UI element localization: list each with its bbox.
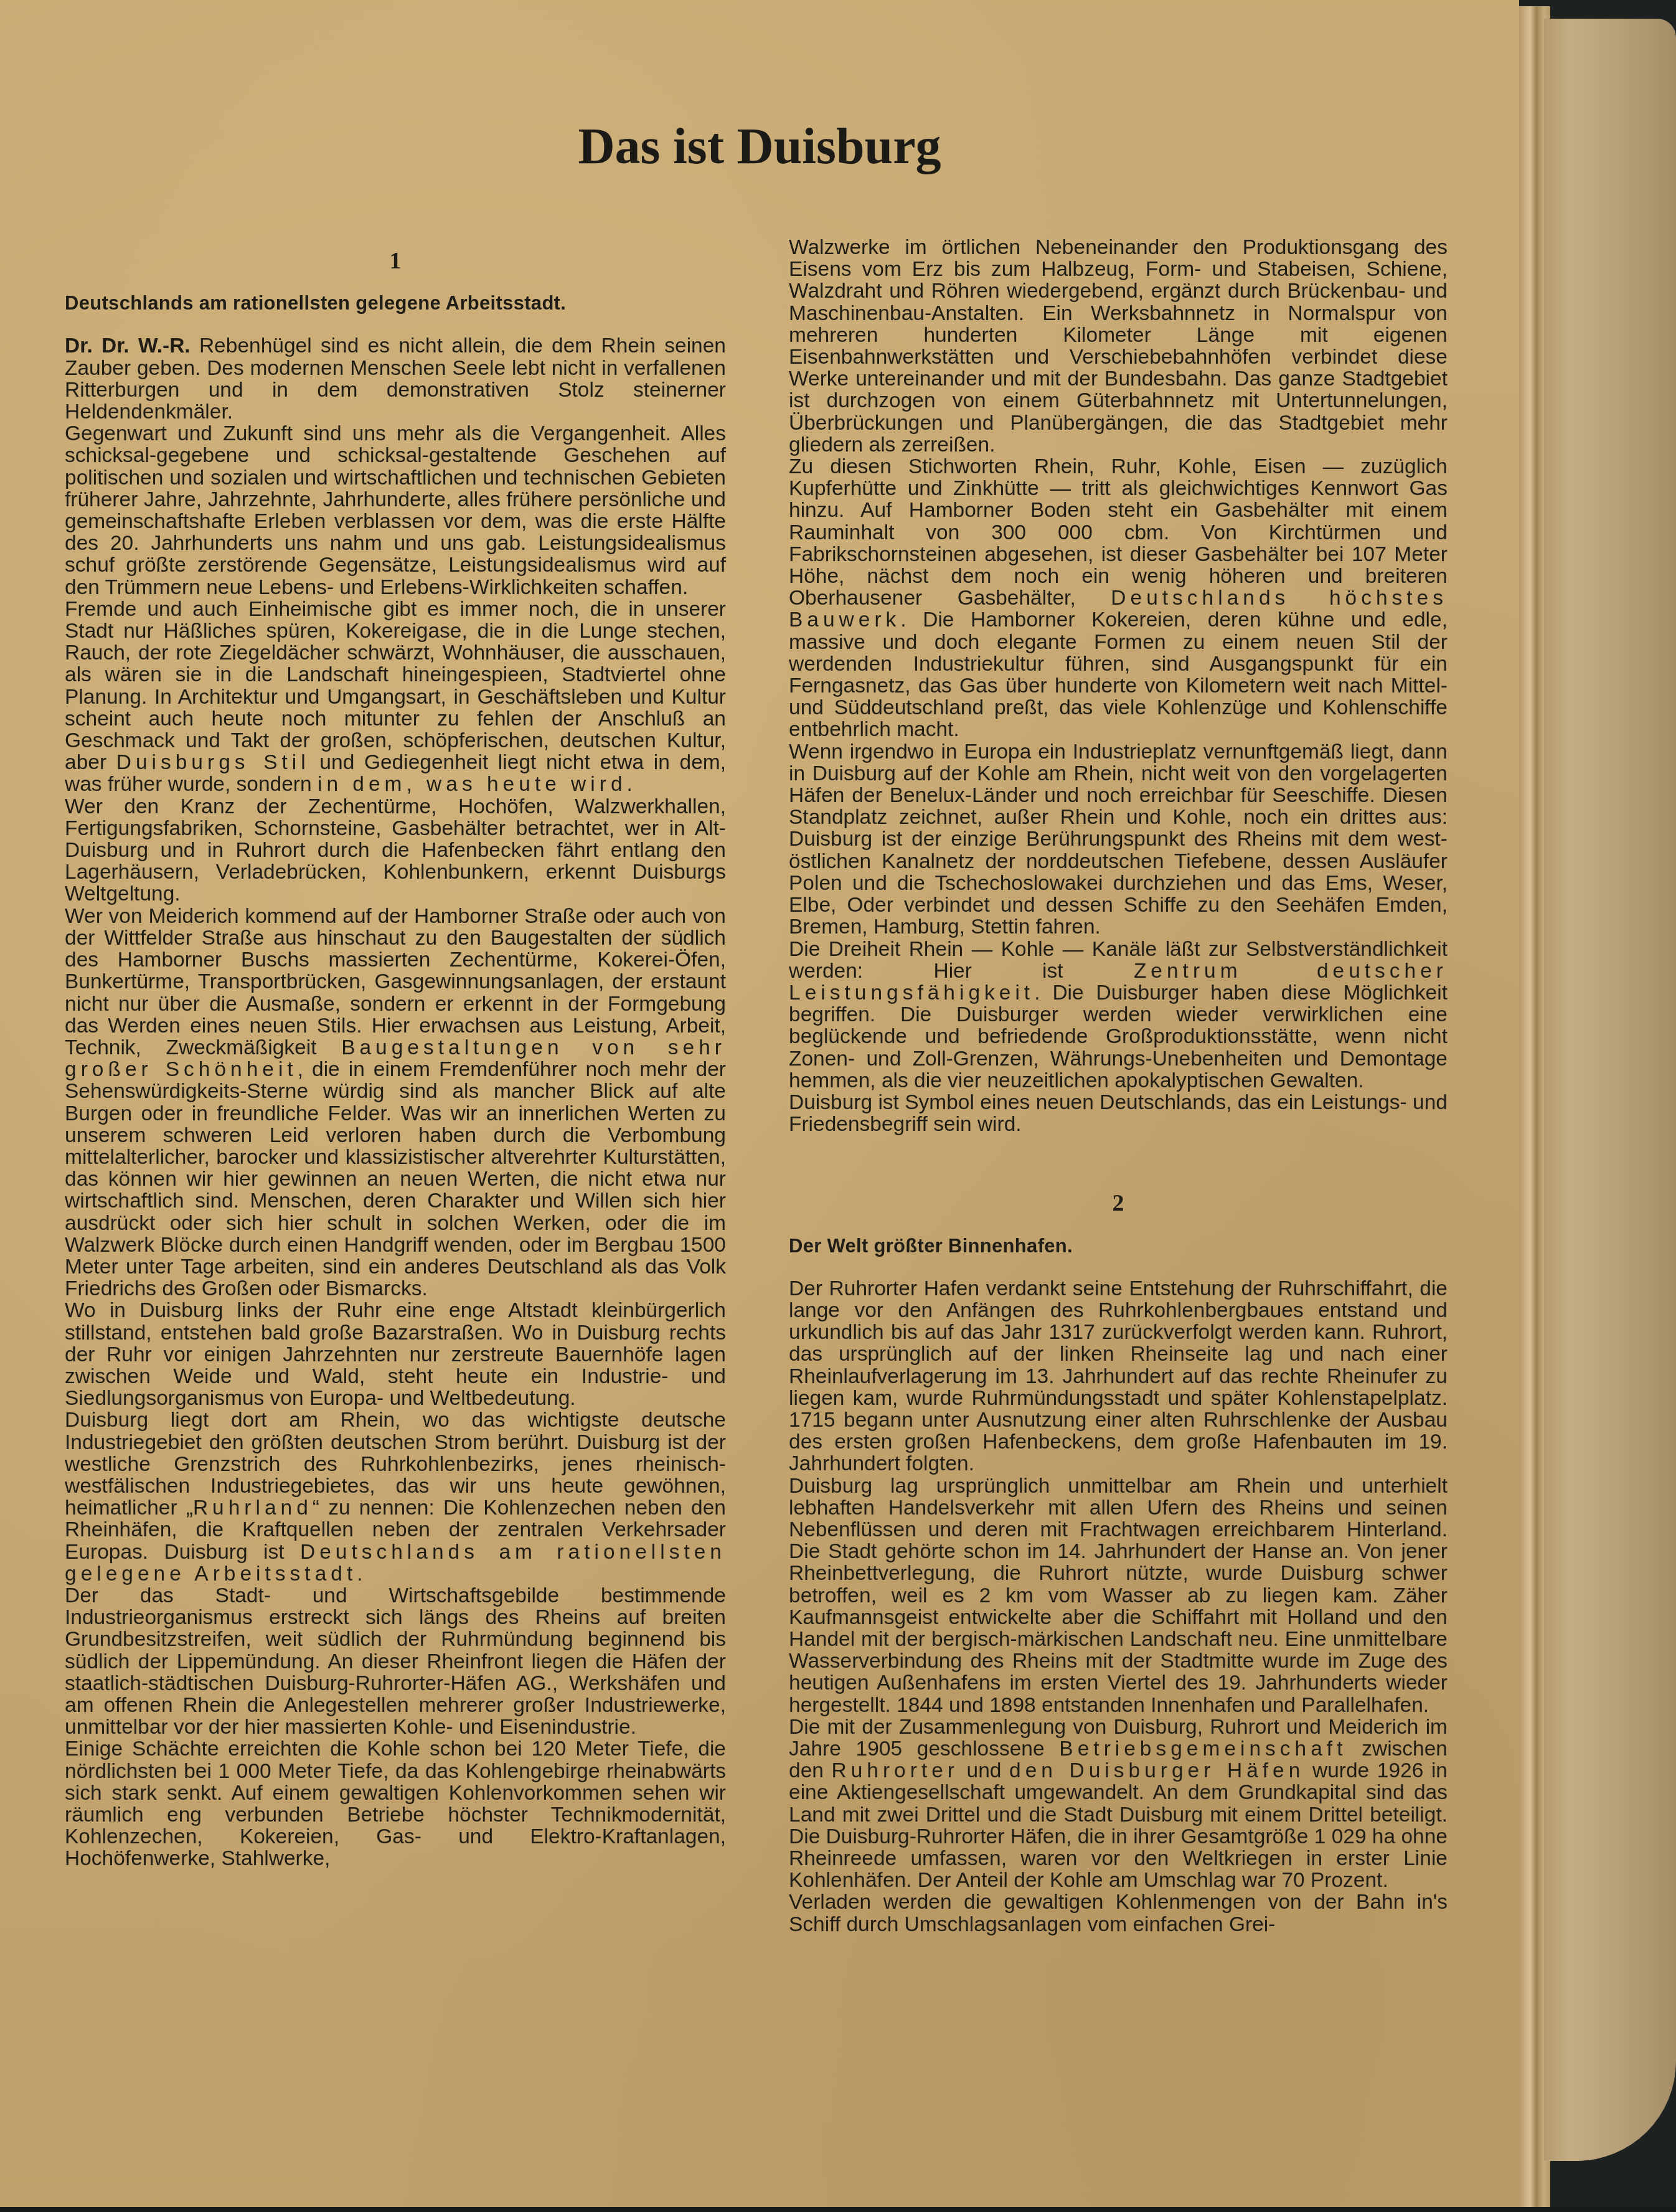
text-run: Walzwerke im örtlichen Nebeneinander den… (789, 236, 1448, 456)
text-run: Fremde und auch Einheimische gibt es imm… (65, 598, 726, 774)
text-run: Wo in Duisburg links der Ruhr eine enge … (65, 1299, 726, 1410)
paragraph: Fremde und auch Einheimische gibt es imm… (65, 598, 726, 796)
paragraph: Der Ruhrorter Hafen verdankt seine Entst… (789, 1278, 1448, 1475)
section-number: 2 (789, 1193, 1448, 1214)
text-run: Duisburg ist Symbol eines neuen Deutschl… (789, 1091, 1448, 1136)
right-column: Walzwerke im örtlichen Nebeneinander den… (789, 237, 1448, 1935)
paragraph: Zu diesen Stichworten Rhein, Ruhr, Kohle… (789, 456, 1448, 741)
section-body-continued: Walzwerke im örtlichen Nebeneinander den… (789, 237, 1448, 1135)
text-run: Der Ruhrorter Hafen verdankt seine Entst… (789, 1277, 1448, 1476)
page-title: Das ist Duisburg (0, 117, 1519, 176)
book-page-stack-edge (1544, 19, 1676, 2161)
section-heading: Der Welt größter Binnenhafen. (789, 1235, 1448, 1257)
paragraph: Duisburg ist Symbol eines neuen Deutschl… (789, 1092, 1448, 1135)
text-run: , die in einem Fremdenführer noch mehr d… (65, 1058, 726, 1300)
emphasized-text: Ruhrland (193, 1496, 313, 1520)
paragraph: Die mit der Zusammenlegung von Duisburg,… (789, 1716, 1448, 1892)
paragraph: Walzwerke im örtlichen Nebeneinander den… (789, 237, 1448, 456)
emphasized-text: den Duisburger Häfen (1009, 1759, 1304, 1782)
paragraph: Wenn irgendwo in Europa ein Industriepla… (789, 741, 1448, 938)
left-column: 1 Deutschlands am rationellsten gelegene… (65, 237, 726, 1870)
text-run: und (959, 1759, 1009, 1782)
emphasized-text: Duisburgs Stil (116, 751, 310, 774)
section-spacer (789, 1135, 1448, 1179)
text-run: Verladen werden die gewaltigen Kohlenmen… (789, 1891, 1448, 1935)
text-run: Duisburg lag ursprünglich unmittelbar am… (789, 1475, 1448, 1717)
emphasized-text: Ruhrorter (831, 1759, 959, 1782)
author-byline: Dr. Dr. W.-R. (65, 334, 191, 357)
paragraph: Gegenwart und Zukunft sind uns mehr als … (65, 423, 726, 598)
section-number: 1 (65, 250, 726, 272)
text-run: Wenn irgendwo in Europa ein Industriepla… (789, 740, 1448, 939)
emphasized-text: Betriebsgemeinschaft (1059, 1737, 1347, 1761)
paragraph: Duisburg lag ursprünglich unmittelbar am… (789, 1475, 1448, 1716)
section-heading: Deutschlands am rationellsten gelegene A… (65, 292, 726, 314)
paragraph: Verladen werden die gewaltigen Kohlenmen… (789, 1891, 1448, 1935)
section-body: Der Ruhrorter Hafen verdankt seine Entst… (789, 1278, 1448, 1935)
paragraph: Wo in Duisburg links der Ruhr eine enge … (65, 1300, 726, 1409)
emphasized-text: in dem, was heute wird. (318, 773, 637, 796)
text-run: Einige Schächte erreichten die Kohle sch… (65, 1737, 726, 1870)
paragraph: Wer von Meiderich kommend auf der Hambor… (65, 905, 726, 1300)
paragraph: Einige Schächte erreichten die Kohle sch… (65, 1738, 726, 1869)
paragraph: Wer den Kranz der Zechentürme, Hochöfen,… (65, 796, 726, 905)
paragraph: Die Dreiheit Rhein — Kohle — Kanäle läßt… (789, 938, 1448, 1092)
bottom-background (0, 2207, 1676, 2212)
paragraph: Duisburg liegt dort am Rhein, wo das wic… (65, 1409, 726, 1585)
text-run: Der das Stadt- und Wirtschaftsgebilde be… (65, 1584, 726, 1739)
paragraph: Der das Stadt- und Wirtschaftsgebilde be… (65, 1585, 726, 1738)
text-run: Wer den Kranz der Zechentürme, Hochöfen,… (65, 795, 726, 906)
text-run: Gegenwart und Zukunft sind uns mehr als … (65, 422, 726, 598)
section-body: Dr. Dr. W.-R. Rebenhügel sind es nicht a… (65, 335, 726, 1869)
paragraph: Dr. Dr. W.-R. Rebenhügel sind es nicht a… (65, 335, 726, 423)
